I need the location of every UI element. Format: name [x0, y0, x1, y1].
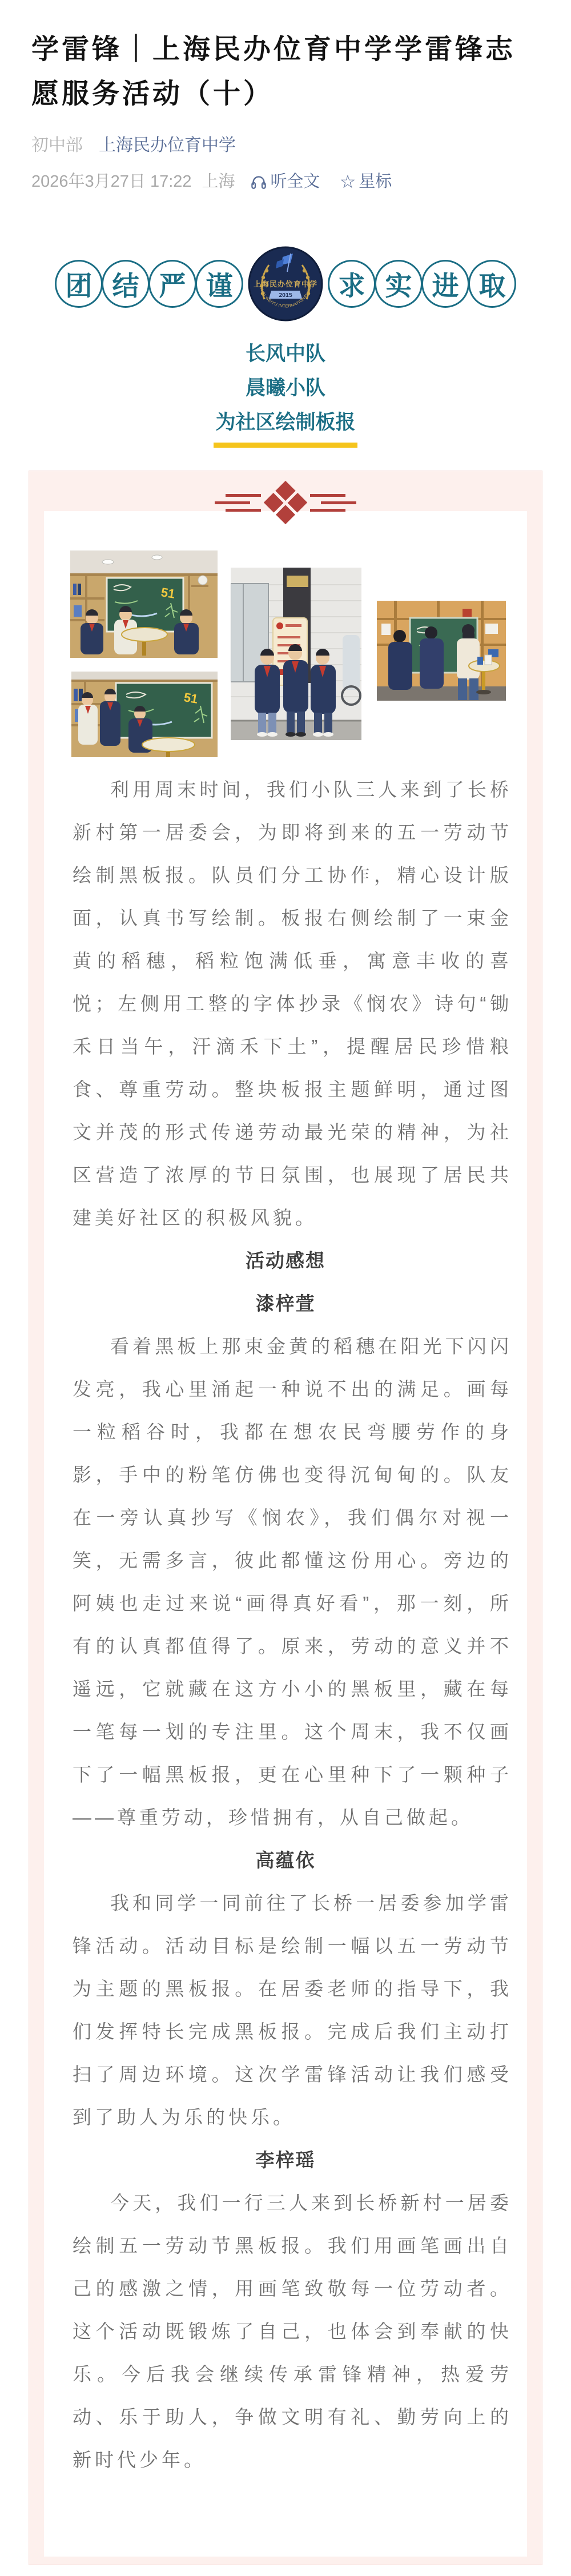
motto-circle: 求: [328, 260, 376, 308]
listen-button[interactable]: 听全文: [250, 170, 320, 193]
motto-circle: 严: [148, 260, 196, 308]
motto-circle: 实: [375, 260, 423, 308]
article-page: 学雷锋｜上海民办位育中学学雷锋志愿服务活动（十） 初中部 上海民办位育中学 20…: [0, 0, 571, 2565]
section-title: 活动感想: [44, 1239, 527, 1282]
reflection-author-2: 高蕴依: [44, 1839, 527, 1882]
team-line-highlighted: 为社区绘制板报: [214, 405, 357, 448]
motto-banner: 团 结 严 谨 上海民办位育中学 2015 SHANGHAI WEIYU INT…: [0, 246, 571, 322]
photo-students-with-blackboard[interactable]: 51: [70, 550, 218, 658]
page-title: 学雷锋｜上海民办位育中学学雷锋志愿服务活动（十）: [31, 0, 540, 116]
motto-circle: 团: [55, 260, 103, 308]
team-line: 长风中队: [0, 337, 571, 371]
headphone-icon: [250, 173, 267, 190]
reflection-text-2: 我和同学一同前往了长桥一居委参加学雷锋活动。活动目标是绘制一幅以五一劳动节为主题…: [73, 1882, 512, 2139]
star-icon: ☆: [340, 172, 356, 191]
account-link[interactable]: 上海民办位育中学: [99, 134, 236, 158]
reflection-author-1: 漆梓萱: [44, 1282, 527, 1325]
photo-collage: 51: [44, 511, 527, 757]
publish-location: 上海: [202, 170, 235, 193]
motto-circle: 谨: [195, 260, 243, 308]
school-emblem-logo: 上海民办位育中学 2015 SHANGHAI WEIYU INTERNATION…: [247, 246, 324, 322]
intro-paragraph: 利用周末时间，我们小队三人来到了长桥新村第一居委会，为即将到来的五一劳动节绘制黑…: [73, 768, 512, 1239]
publish-info-row: 2026年3月27日 17:22 上海 听全文 ☆ 星标: [31, 170, 540, 193]
content-card-inner: 51: [44, 511, 527, 2557]
reflection-text-1: 看着黑板上那束金黄的稻穗在阳光下闪闪发亮，我心里涌起一种说不出的满足。画每一粒稻…: [73, 1325, 512, 1839]
listen-label: 听全文: [271, 170, 320, 193]
photo-team-indoor[interactable]: 51: [71, 672, 218, 757]
publish-date: 2026年3月27日 17:22: [31, 170, 192, 193]
motto-circle: 结: [102, 260, 150, 308]
team-line: 晨曦小队: [0, 371, 571, 405]
photo-students-drawing-blackboard[interactable]: 51: [377, 601, 506, 701]
account-section-label: 初中部: [31, 134, 83, 158]
reflection-author-3: 李梓瑶: [44, 2139, 527, 2181]
svg-text:51: 51: [183, 690, 199, 706]
account-meta-row: 初中部 上海民办位育中学: [31, 134, 540, 158]
svg-text:2015: 2015: [279, 292, 292, 299]
motto-circle: 取: [468, 260, 516, 308]
team-heading: 长风中队 晨曦小队 为社区绘制板报: [0, 337, 571, 448]
star-label: 星标: [359, 170, 392, 193]
content-card: 51: [29, 471, 542, 2565]
star-button[interactable]: ☆ 星标: [340, 170, 392, 193]
reflection-text-3: 今天，我们一行三人来到长桥新村一居委绘制五一劳动节黑板报。我们用画笔画出自己的感…: [73, 2181, 512, 2481]
photo-team-at-community-entrance[interactable]: [231, 568, 361, 740]
motto-circle: 进: [421, 260, 469, 308]
svg-text:51: 51: [160, 585, 176, 601]
